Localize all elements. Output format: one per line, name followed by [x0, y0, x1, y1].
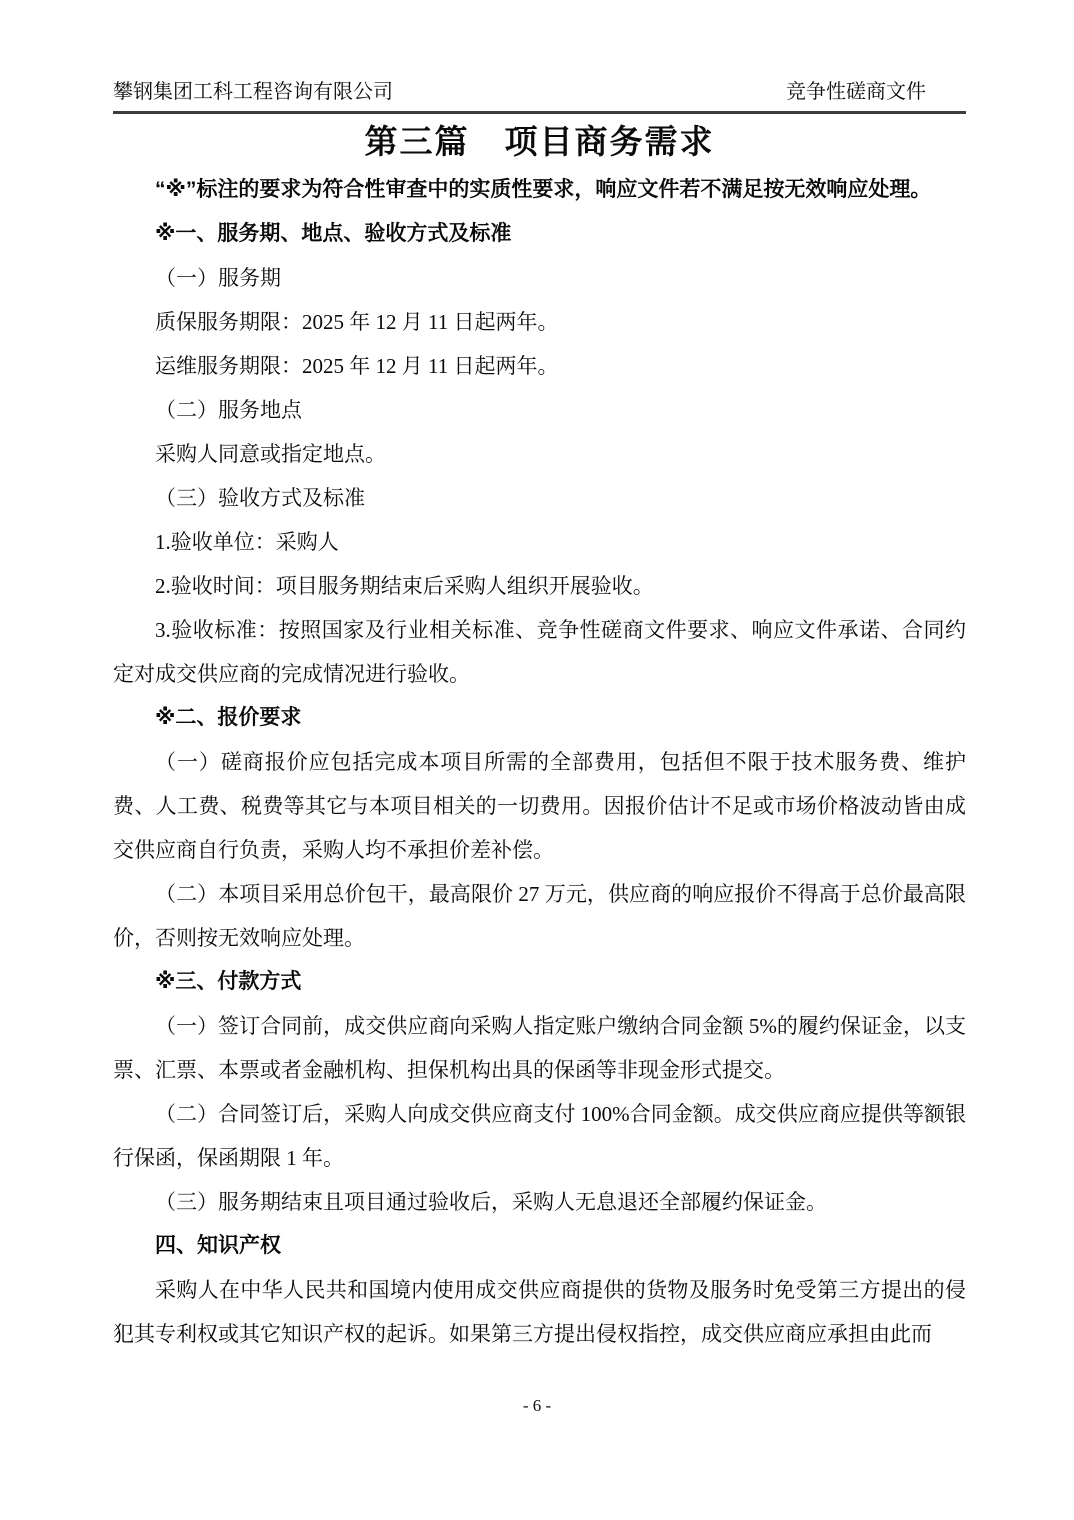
body-paragraph: （二）本项目采用总价包干，最高限价 27 万元，供应商的响应报价不得高于总价最高…: [113, 872, 966, 960]
document-body: “※”标注的要求为符合性审查中的实质性要求，响应文件若不满足按无效响应处理。※一…: [113, 168, 966, 1356]
body-paragraph: （二）合同签订后，采购人向成交供应商支付 100%合同金额。成交供应商应提供等额…: [113, 1092, 966, 1180]
body-paragraph: （一）签订合同前，成交供应商向采购人指定账户缴纳合同金额 5%的履约保证金，以支…: [113, 1004, 966, 1092]
section-heading: ※一、服务期、地点、验收方式及标准: [113, 212, 966, 256]
notice-paragraph: “※”标注的要求为符合性审查中的实质性要求，响应文件若不满足按无效响应处理。: [113, 168, 966, 212]
body-paragraph: （一）服务期: [113, 256, 966, 300]
body-paragraph: （三）服务期结束且项目通过验收后，采购人无息退还全部履约保证金。: [113, 1180, 966, 1224]
document-page: 攀钢集团工科工程咨询有限公司 竞争性磋商文件 第三篇 项目商务需求 “※”标注的…: [0, 0, 1074, 1520]
body-paragraph: （三）验收方式及标准: [113, 476, 966, 520]
page-header: 攀钢集团工科工程咨询有限公司 竞争性磋商文件: [113, 80, 966, 114]
body-paragraph: 2.验收时间：项目服务期结束后采购人组织开展验收。: [113, 564, 966, 608]
header-company-name: 攀钢集团工科工程咨询有限公司: [113, 80, 393, 104]
section-heading: ※二、报价要求: [113, 696, 966, 740]
body-paragraph: 采购人同意或指定地点。: [113, 432, 966, 476]
body-paragraph: 1.验收单位：采购人: [113, 520, 966, 564]
page-title: 第三篇 项目商务需求: [113, 120, 966, 166]
section-heading: 四、知识产权: [113, 1224, 966, 1268]
page-number: - 6 -: [523, 1396, 551, 1415]
body-paragraph: （二）服务地点: [113, 388, 966, 432]
body-paragraph: 3.验收标准：按照国家及行业相关标准、竞争性磋商文件要求、响应文件承诺、合同约定…: [113, 608, 966, 696]
body-paragraph: 运维服务期限：2025 年 12 月 11 日起两年。: [113, 344, 966, 388]
section-heading: ※三、付款方式: [113, 960, 966, 1004]
page-footer: - 6 -: [0, 1394, 1074, 1418]
body-paragraph: 质保服务期限：2025 年 12 月 11 日起两年。: [113, 300, 966, 344]
header-document-type: 竞争性磋商文件: [786, 80, 966, 104]
body-paragraph: （一）磋商报价应包括完成本项目所需的全部费用，包括但不限于技术服务费、维护费、人…: [113, 740, 966, 872]
body-paragraph: 采购人在中华人民共和国境内使用成交供应商提供的货物及服务时免受第三方提出的侵犯其…: [113, 1268, 966, 1356]
